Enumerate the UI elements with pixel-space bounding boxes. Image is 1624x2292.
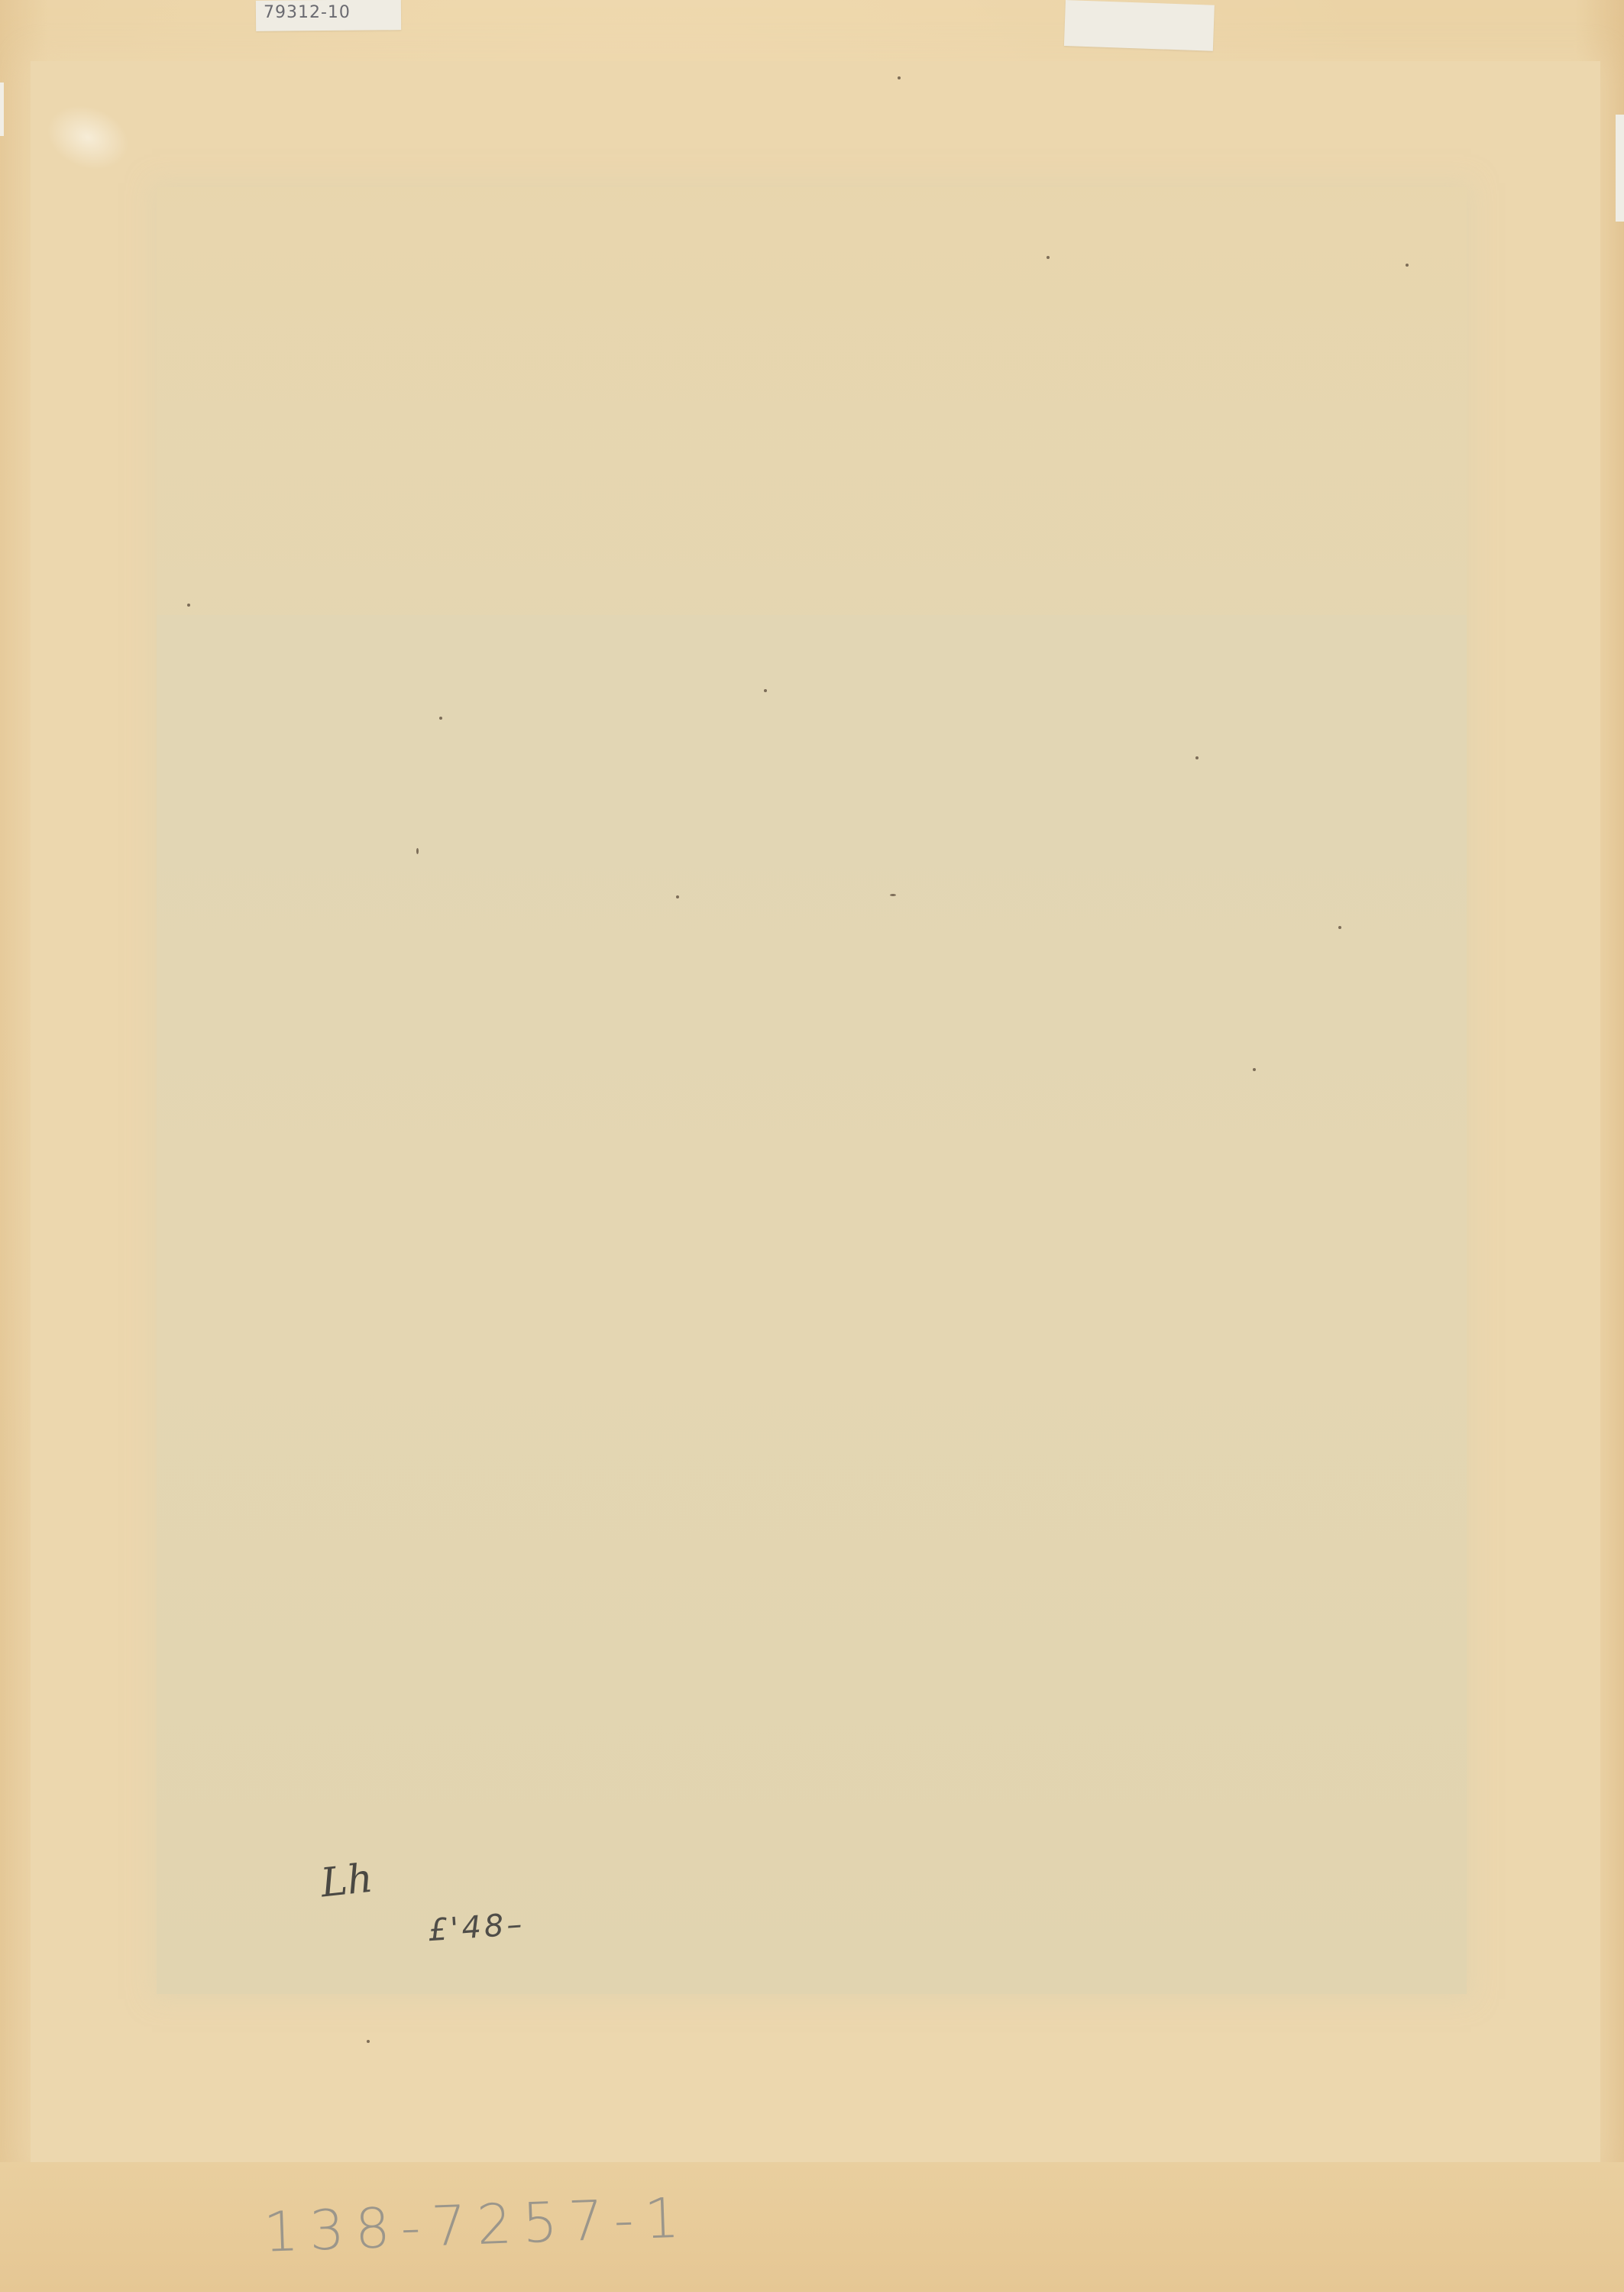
blank-sticker-right [1064,0,1215,51]
foxing-speck [676,895,679,898]
pencil-initials: Lh [319,1856,375,1907]
foxing-speck [764,689,767,692]
foxing-speck [416,848,419,854]
print-show-through-area [157,187,1467,1994]
pencil-price-note: £'48– [427,1907,526,1949]
foxing-speck [187,604,190,607]
foxing-speck [1253,1068,1256,1071]
right-edge-tape [1616,115,1624,222]
foxing-speck [1195,756,1199,759]
foxing-speck [1338,926,1341,929]
bottom-margin-strip [0,2162,1624,2292]
foxing-speck [367,2040,370,2043]
sticker-inventory-number: 79312-10 [264,3,351,22]
foxing-speck [1047,256,1050,259]
left-edge-tape [0,83,4,136]
foxing-speck [890,894,896,896]
foxing-speck [1406,264,1409,267]
foxing-speck [898,76,901,79]
foxing-speck [439,717,442,720]
